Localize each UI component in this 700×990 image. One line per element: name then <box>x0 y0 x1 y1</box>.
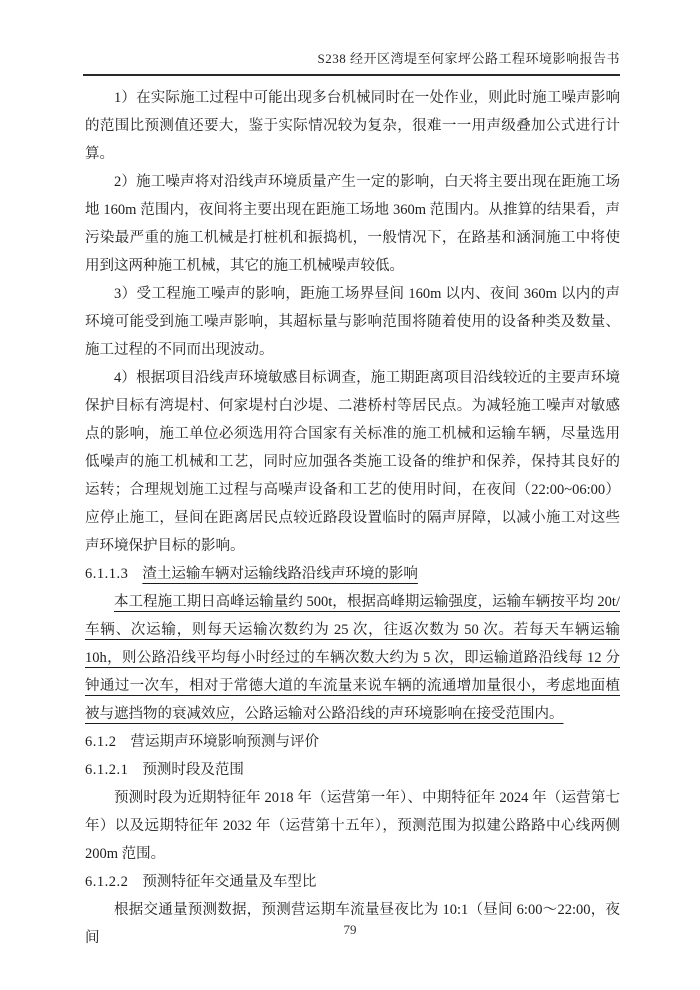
section-title: 预测时段及范围 <box>142 762 244 778</box>
paragraph-transport-impact: 本工程施工期日高峰运输量约 500t，根据高峰期运输强度，运输车辆按平均 20t… <box>85 588 620 728</box>
paragraph-construction-noise-3: 3）受工程施工噪声的影响，距施工场界昼间 160m 以内、夜间 360m 以内的… <box>85 280 620 364</box>
section-heading-6-1-2-1: 6.1.2.1预测时段及范围 <box>85 756 620 784</box>
running-header: S238 经开区湾堤至何家坪公路工程环境影响报告书 <box>83 48 620 76</box>
paragraph-construction-noise-4: 4）根据项目沿线声环境敏感目标调查，施工期距离项目沿线较近的主要声环境保护目标有… <box>85 364 620 560</box>
section-number: 6.1.2.2 <box>85 874 128 890</box>
paragraph-prediction-period: 预测时段为近期特征年 2018 年（运营第一年）、中期特征年 2024 年（运营… <box>85 784 620 868</box>
section-number: 6.1.2.1 <box>85 762 128 778</box>
section-heading-6-1-2-2: 6.1.2.2预测特征年交通量及车型比 <box>85 868 620 896</box>
document-body: 1）在实际施工过程中可能出现多台机械同时在一处作业，则此时施工噪声影响的范围比预… <box>85 84 620 952</box>
paragraph-construction-noise-1: 1）在实际施工过程中可能出现多台机械同时在一处作业，则此时施工噪声影响的范围比预… <box>85 84 620 168</box>
section-number: 6.1.2 <box>85 734 117 750</box>
section-title: 营运期声环境影响预测与评价 <box>131 734 320 750</box>
section-title: 渣土运输车辆对运输线路沿线声环境的影响 <box>142 566 418 582</box>
paragraph-construction-noise-2: 2）施工噪声将对沿线声环境质量产生一定的影响，白天将主要出现在距施工场地 160… <box>85 168 620 280</box>
section-number: 6.1.1.3 <box>85 566 128 582</box>
page-number: 79 <box>0 922 700 938</box>
section-heading-6-1-2: 6.1.2营运期声环境影响预测与评价 <box>85 728 620 756</box>
document-page: S238 经开区湾堤至何家坪公路工程环境影响报告书 1）在实际施工过程中可能出现… <box>0 0 700 990</box>
section-title: 预测特征年交通量及车型比 <box>142 874 316 890</box>
section-heading-6-1-1-3: 6.1.1.3渣土运输车辆对运输线路沿线声环境的影响 <box>85 560 620 588</box>
